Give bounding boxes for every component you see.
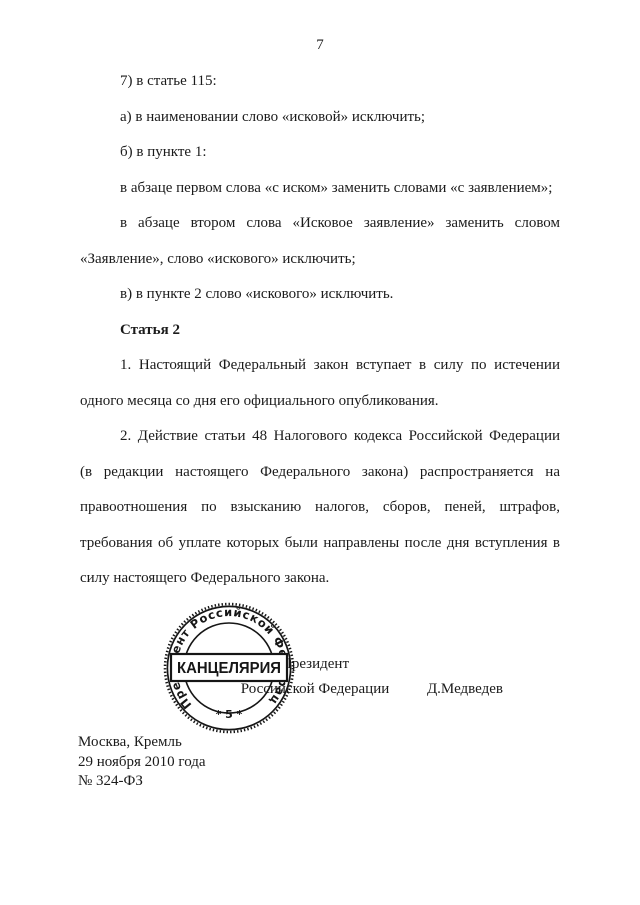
issue-date: 29 ноября 2010 года xyxy=(78,753,378,773)
page-number: 7 xyxy=(0,36,640,54)
stamp-center-text: КАНЦЕЛЯРИЯ xyxy=(177,660,281,677)
text-line: силу настоящего Федерального закона. xyxy=(80,561,560,597)
article-heading: Статья 2 xyxy=(80,313,560,349)
text-line: 7) в статье 115: xyxy=(80,64,560,100)
document-page: 7 7) в статье 115: а) в наименовании сло… xyxy=(0,0,640,905)
text-line: в) в пункте 2 слово «искового» исключить… xyxy=(80,277,560,313)
text-line: 1. Настоящий Федеральный закон вступает … xyxy=(80,348,560,384)
text-line: требования об уплате которых были направ… xyxy=(80,526,560,562)
text-line: в абзаце первом слова «с иском» заменить… xyxy=(80,171,560,207)
text-line: а) в наименовании слово «исковой» исключ… xyxy=(80,100,560,136)
text-line: правоотношения по взысканию налогов, сбо… xyxy=(80,490,560,526)
issue-place: Москва, Кремль xyxy=(78,733,378,753)
text-line: 2. Действие статьи 48 Налогового кодекса… xyxy=(80,419,560,455)
document-body: 7) в статье 115: а) в наименовании слово… xyxy=(80,64,560,597)
text-line: (в редакции настоящего Федерального зако… xyxy=(80,455,560,491)
issue-number: № 324-ФЗ xyxy=(78,772,378,792)
signer-name: Д.Медведев xyxy=(427,677,503,702)
text-line: б) в пункте 1: xyxy=(80,135,560,171)
text-line: в абзаце втором слова «Исковое заявление… xyxy=(80,206,560,242)
text-line: одного месяца со дня его официального оп… xyxy=(80,384,560,420)
stamp-bottom-text: * 5 * xyxy=(216,708,243,721)
chancellery-stamp-icon: Президент Российской Федерации * 5 * КАН… xyxy=(159,597,299,737)
issue-block: Москва, Кремль 29 ноября 2010 года № 324… xyxy=(78,733,378,792)
text-line: «Заявление», слово «искового» исключить; xyxy=(80,242,560,278)
